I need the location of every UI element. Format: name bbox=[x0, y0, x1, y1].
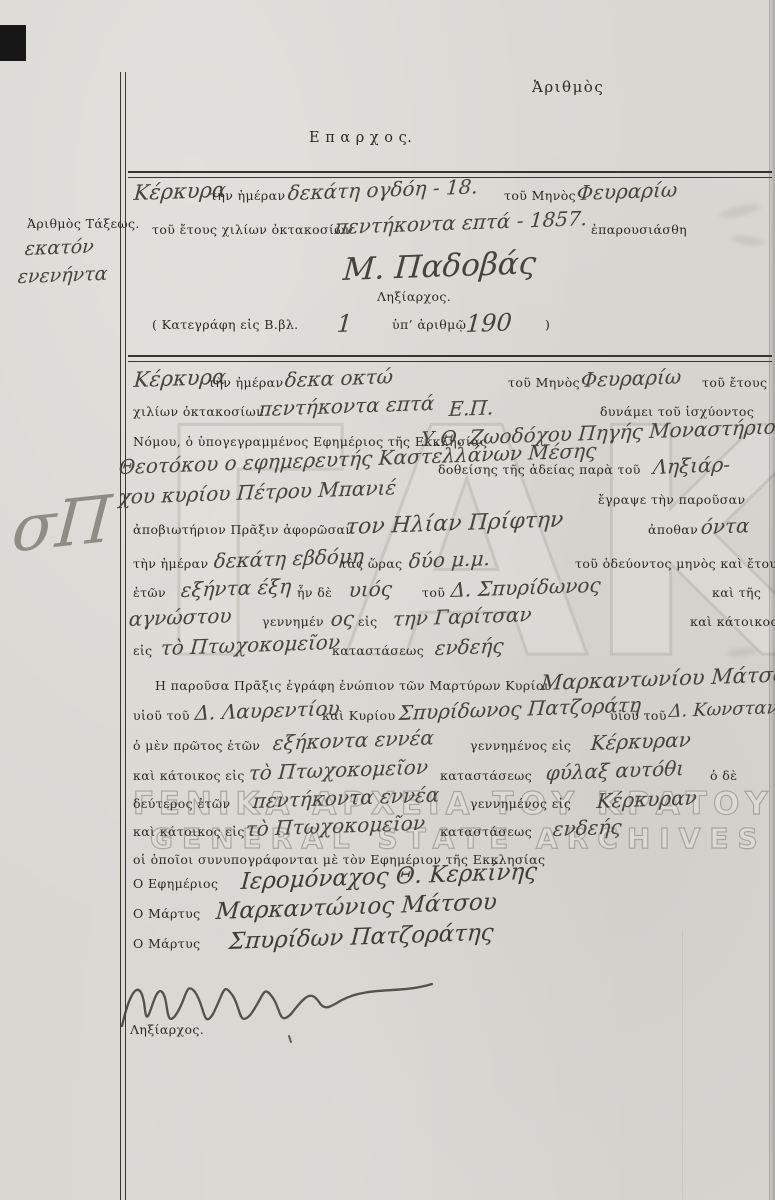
second-age-label: δεύτερος ἐτῶν bbox=[133, 796, 230, 811]
scanned-death-record-page: ΓΑΚ ΓΕΝΙΚΑ ΑΡΧΕΙΑ ΤΟΥ ΚΡΑΤΟΥΣ GENERAL ST… bbox=[0, 0, 775, 1200]
resident-label: καὶ κάτοικος bbox=[690, 614, 775, 629]
resident-at-label1: καὶ κάτοικος εἰς bbox=[133, 768, 245, 783]
witness-label2: Ο Μάρτυς bbox=[133, 936, 201, 951]
father-name-handwritten: Δ. Σπυρίδωνος bbox=[450, 573, 602, 602]
second-intro-label: ὁ δὲ bbox=[710, 768, 737, 783]
second-age-value-handwritten: πεντήκοντα εννέα bbox=[252, 782, 440, 813]
first-condition-handwritten: φύλαξ αυτόθι bbox=[545, 756, 685, 785]
act-era-handwritten: Ε.Π. bbox=[448, 395, 494, 421]
was-label: ἦν δὲ bbox=[297, 585, 332, 600]
book-number-handwritten: 1 bbox=[336, 309, 353, 338]
at2-label: εἰς bbox=[133, 643, 153, 658]
age-label: ἐτῶν bbox=[133, 585, 166, 600]
act-month-value-handwritten: Φευραρίω bbox=[580, 364, 682, 392]
first-birthplace-handwritten: Κέρκυραν bbox=[590, 727, 692, 755]
scan-corner-artifact bbox=[0, 25, 26, 61]
birthplace-handwritten: την Γαρίτσαν bbox=[392, 602, 533, 631]
act-year-value-handwritten: πεντήκοντα επτά bbox=[258, 391, 435, 421]
death-day-label: τὴν ἡμέραν bbox=[133, 556, 208, 571]
born-at-label2: γεννημένος εἰς bbox=[470, 796, 571, 811]
witnesses-line-1: Η παροῦσα Πρᾶξις ἐγράφη ἐνώπιον τῶν Μαρτ… bbox=[0, 678, 775, 706]
and-of-label: καὶ τῆς bbox=[712, 585, 761, 600]
act-day-label: τὴν ἡμέραν bbox=[208, 375, 283, 390]
first-residence-handwritten: τὸ Πτωχοκομεῖον bbox=[248, 755, 429, 785]
document-content: Ἀριθμὸς Ε π α ρ χ ο ς. Ἀριθμὸς Τάξεως. ε… bbox=[0, 0, 775, 1200]
registration-month-label: τοῦ Μηνὸς bbox=[504, 188, 576, 203]
first-age-label: ὁ μὲν πρῶτος ἐτῶν bbox=[133, 738, 260, 753]
age-value-handwritten: εξήντα έξη bbox=[180, 574, 292, 602]
body-section-divider-rule bbox=[128, 355, 772, 362]
witness1-father-handwritten: Δ. Λαυρεντίου bbox=[194, 696, 341, 725]
condition-label2: καταστάσεως bbox=[440, 824, 532, 839]
registration-year-label: τοῦ ἔτους χιλίων ὀκτακοσίων bbox=[152, 222, 353, 237]
paper-crease bbox=[682, 930, 683, 1200]
margin-pencil-mark: σΠ bbox=[10, 482, 114, 567]
born-label: γεννημέν bbox=[262, 614, 324, 629]
order-number-value-line2: ενενήντα bbox=[17, 263, 108, 288]
died-printed: ἀποθαν bbox=[648, 522, 698, 537]
witness2-signature-line: Ο Μάρτυς Σπυρίδων Πατζοράτης bbox=[0, 936, 775, 964]
witnesses-intro-label: Η παροῦσα Πρᾶξις ἐγράφη ἐνώπιον τῶν Μαρτ… bbox=[155, 678, 552, 693]
act-year-printed: χιλίων ὀκτακοσίων bbox=[133, 404, 264, 419]
witnesses-line-6: καὶ κάτοικος εἰς τὸ Πτωχοκομεῖον καταστά… bbox=[0, 824, 775, 852]
act-month-label: τοῦ Μηνὸς bbox=[508, 375, 580, 390]
act-type-label: ἀποβιωτήριον Πρᾶξιν ἀφορῶσαν bbox=[133, 522, 353, 537]
son-of-label2: υἱοῦ τοῦ bbox=[610, 708, 667, 723]
residence-handwritten: τὸ Πτωχοκομεῖον bbox=[160, 630, 341, 660]
registration-day-value-handwritten: δεκάτη ογδόη - 18. bbox=[287, 174, 479, 205]
and-mr-label: καὶ Κυρίου bbox=[322, 708, 395, 723]
registration-line-2: τοῦ ἔτους χιλίων ὀκτακοσίων πεντήκοντα ε… bbox=[0, 222, 775, 250]
act-day-value-handwritten: δεκα οκτώ bbox=[284, 364, 394, 392]
condition-label1: καταστάσεως bbox=[440, 768, 532, 783]
second-residence-handwritten: τὸ Πτωχοκομεῖον bbox=[245, 811, 426, 841]
born-suffix-handwritten: ος bbox=[330, 606, 355, 631]
second-birthplace-handwritten: Κέρκυραν bbox=[596, 785, 698, 813]
number-label: Ἀριθμὸς bbox=[532, 78, 604, 96]
second-condition-handwritten: ενδεής bbox=[552, 815, 623, 841]
born-at-label1: γεννημένος εἰς bbox=[470, 738, 571, 753]
wrote-label: ἔγραψε τὴν παροῦσαν bbox=[598, 492, 746, 507]
priest-label: Ο Εφημέριος bbox=[133, 876, 218, 891]
registrar-title: Ληξίαρχος. bbox=[377, 289, 451, 304]
recorded-suffix: ) bbox=[545, 317, 550, 332]
act-line-6: ἀποβιωτήριον Πρᾶξιν ἀφορῶσαν τον Ηλίαν Π… bbox=[0, 522, 775, 550]
registrar-signature-padovas: Μ. Παδοβάς bbox=[342, 245, 537, 288]
of-month-label: τοῦ ὁδεύοντος μηνὸς καὶ ἔτους bbox=[575, 556, 775, 571]
recorded-line: ( Κατεγράφη εἰς Β.βλ. 1 ὑπ’ ἀριθμῷ 190 ) bbox=[0, 317, 775, 345]
recorded-prefix: ( Κατεγράφη εἰς Β.βλ. bbox=[152, 317, 299, 332]
of-label: τοῦ bbox=[422, 585, 445, 600]
registration-month-value-handwritten: Φευραρίω bbox=[576, 177, 678, 205]
registration-line-1: Κέρκυρα τὴν ἡμέραν δεκάτη ογδόη - 18. το… bbox=[0, 188, 775, 216]
act-line-8: ἐτῶν εξήντα έξη ἦν δὲ υιός τοῦ Δ. Σπυρίδ… bbox=[0, 585, 775, 613]
hours-label: τὰς ὥρας bbox=[340, 556, 403, 571]
condition-label: καταστάσεως bbox=[332, 643, 424, 658]
witness-label1: Ο Μάρτυς bbox=[133, 906, 201, 921]
died-suffix-handwritten: όντα bbox=[700, 513, 750, 539]
resident-at-label2: καὶ κάτοικος εἰς bbox=[133, 824, 245, 839]
at-label: εἰς bbox=[358, 614, 378, 629]
permission-label: δοθείσης τῆς ἀδείας παρὰ τοῦ bbox=[438, 462, 641, 477]
eparch-label: Ε π α ρ χ ο ς. bbox=[309, 130, 412, 146]
mother-value-handwritten: αγνώστου bbox=[128, 603, 232, 631]
first-age-value-handwritten: εξήκοντα εννέα bbox=[272, 725, 435, 755]
registration-day-label: τὴν ἡμέραν bbox=[210, 188, 285, 203]
act-line-9: αγνώστου γεννημέν ος εἰς την Γαρίτσαν κα… bbox=[0, 614, 775, 642]
condition-value-handwritten: ενδεής bbox=[434, 634, 505, 660]
presented-label: ἐπαρουσιάσθη bbox=[591, 222, 687, 237]
under-number-label: ὑπ’ ἀριθμῷ bbox=[392, 317, 466, 332]
hours-value-handwritten: δύο μ.μ. bbox=[408, 546, 491, 573]
son-of-label1: υἱοῦ τοῦ bbox=[133, 708, 190, 723]
was-value-handwritten: υιός bbox=[348, 576, 393, 602]
act-number-handwritten: 190 bbox=[465, 308, 513, 338]
registrar-signature-scrawl bbox=[116, 964, 446, 1044]
registrar-name-handwritten-line1: Ληξιάρ- bbox=[652, 452, 731, 479]
act-year-label: τοῦ ἔτους bbox=[702, 375, 767, 390]
